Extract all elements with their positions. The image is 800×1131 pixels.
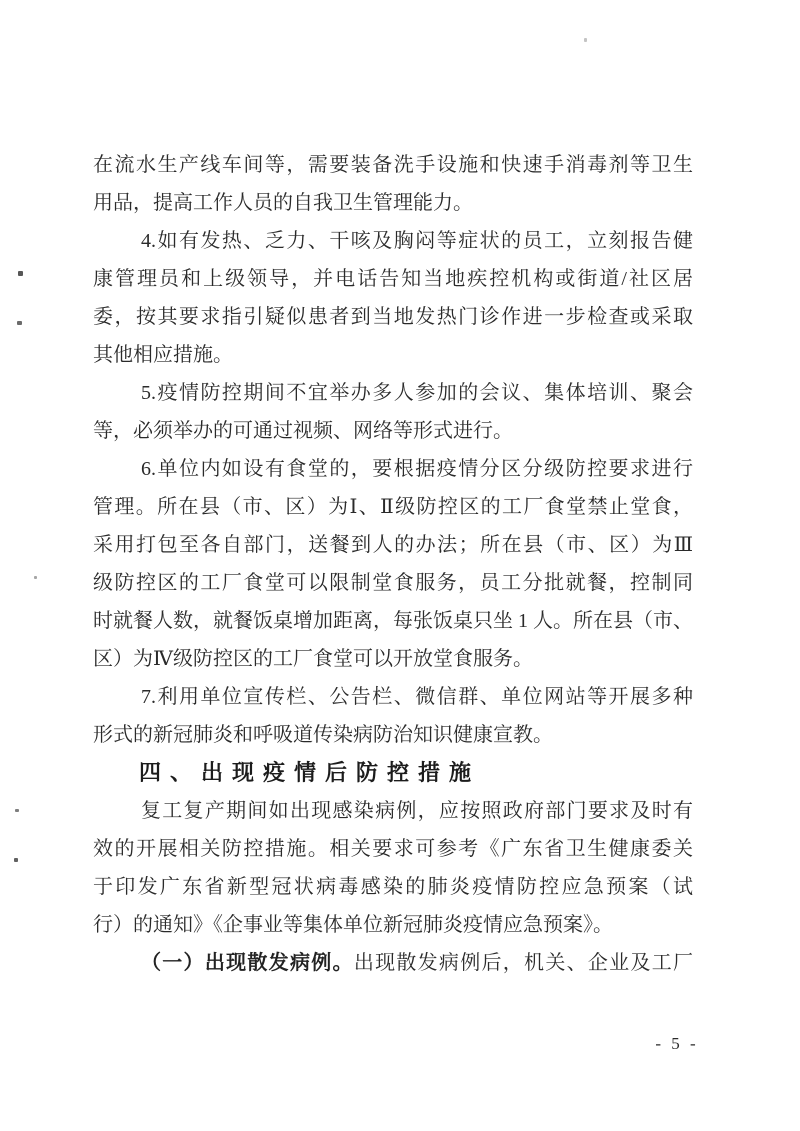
section-heading: 四、出现疫情后防控措施 (93, 754, 693, 792)
text-line: 6.单位内如设有食堂的，要根据疫情分区分级防控要求进行 (93, 450, 693, 488)
page-number: - 5 - (637, 1031, 717, 1057)
text-line: 区）为Ⅳ级防控区的工厂食堂可以开放堂食服务。 (93, 640, 693, 678)
text-line: 采用打包至各自部门，送餐到人的办法；所在县（市、区）为Ⅲ (93, 526, 693, 564)
scan-speck (34, 576, 37, 579)
text-line: 复工复产期间如出现感染病例，应按照政府部门要求及时有 (93, 792, 693, 830)
text-line-continuation: 出现散发病例后，机关、企业及工厂 (354, 952, 693, 974)
text-line: 效的开展相关防控措施。相关要求可参考《广东省卫生健康委关 (93, 830, 693, 868)
text-line: 管理。所在县（市、区）为Ⅰ、Ⅱ级防控区的工厂食堂禁止堂食， (93, 488, 693, 526)
scan-speck (584, 38, 587, 42)
text-line: 等，必须举办的可通过视频、网络等形式进行。 (93, 412, 693, 450)
text-line: （一）出现散发病例。出现散发病例后，机关、企业及工厂 (93, 944, 693, 982)
text-line: 4.如有发热、乏力、干咳及胸闷等症状的员工，立刻报告健 (93, 222, 693, 260)
text-line: 7.利用单位宣传栏、公告栏、微信群、单位网站等开展多种 (93, 678, 693, 716)
text-line: 其他相应措施。 (93, 336, 693, 374)
text-line: 康管理员和上级领导，并电话告知当地疾控机构或街道/社区居 (93, 260, 693, 298)
text-line: 5.疫情防控期间不宜举办多人参加的会议、集体培训、聚会 (93, 374, 693, 412)
text-line: 在流水生产线车间等，需要装备洗手设施和快速手消毒剂等卫生 (93, 146, 693, 184)
document-body: 在流水生产线车间等，需要装备洗手设施和快速手消毒剂等卫生 用品，提高工作人员的自… (93, 146, 693, 982)
text-line: 行）的通知》《企事业等集体单位新冠肺炎疫情应急预案》。 (93, 906, 693, 944)
scan-speck (15, 809, 19, 812)
text-line: 于印发广东省新型冠状病毒感染的肺炎疫情防控应急预案（试 (93, 868, 693, 906)
text-line: 用品，提高工作人员的自我卫生管理能力。 (93, 184, 693, 222)
scan-speck (14, 858, 18, 862)
scan-speck (18, 271, 23, 276)
subsection-title: （一）出现散发病例。 (141, 952, 354, 974)
scan-speck (17, 321, 22, 325)
text-line: 委，按其要求指引疑似患者到当地发热门诊作进一步检查或采取 (93, 298, 693, 336)
document-page: 在流水生产线车间等，需要装备洗手设施和快速手消毒剂等卫生 用品，提高工作人员的自… (0, 0, 800, 1131)
text-line: 形式的新冠肺炎和呼吸道传染病防治知识健康宣教。 (93, 716, 693, 754)
text-line: 时就餐人数，就餐饭桌增加距离，每张饭桌只坐 1 人。所在县（市、 (93, 602, 693, 640)
text-line: 级防控区的工厂食堂可以限制堂食服务，员工分批就餐，控制同 (93, 564, 693, 602)
